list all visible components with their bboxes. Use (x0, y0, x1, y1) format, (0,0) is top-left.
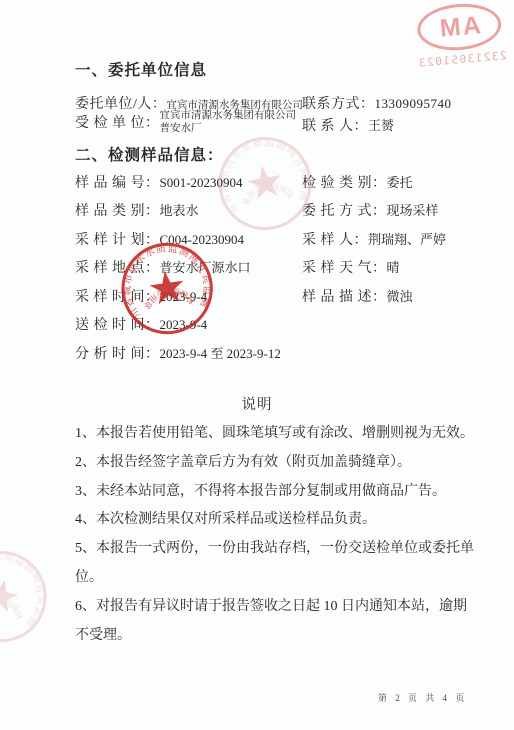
inspected-unit-value: 宜宾市清源水务集团有限公司 普安水厂 (160, 109, 297, 135)
sampling-time-value: 2023-9-4 (160, 289, 208, 304)
sampler-label: 采 样 人： (302, 233, 368, 248)
note-item: 4、本次检测结果仅对所采样品或送检样品负责。 (75, 506, 479, 535)
mirrored-bleed-stamp: AM 23213051023 (407, 0, 512, 70)
sampler-value: 荆瑞翔、严婷 (368, 232, 446, 247)
notes-heading: 说明 (0, 393, 514, 414)
sample-row: 分 析 时 间：2023-9-4 至 2023-9-12 (75, 343, 281, 363)
sample-row: 采 样 地 点：普安水厂源水口 (75, 257, 251, 277)
sampling-plan-value: C004-20230904 (160, 232, 245, 247)
sample-row: 检 验 类 别：委托 (302, 172, 413, 192)
sample-id-value: S001-20230904 (160, 175, 243, 190)
delivery-time-value: 2023-9-4 (160, 317, 208, 332)
section1-heading: 一、委托单位信息 (75, 58, 207, 80)
report-page: 一、委托单位信息 委托单位/人：宜宾市清源水务集团有限公司 联系方式：13309… (0, 0, 514, 730)
sample-row: 样 品 描 述：微浊 (302, 286, 413, 306)
note-item: 6、对报告有异议时请于报告签收之日起 10 日内通知本站，逾期不受理。 (75, 593, 479, 651)
sample-type-value: 地表水 (160, 203, 199, 218)
section2-heading: 二、检测样品信息： (75, 143, 224, 165)
note-item: 1、本报告若使用铅笔、圆珠笔填写或有涂改、增删则视为无效。 (75, 420, 479, 449)
sampling-plan-label: 采 样 计 划： (75, 233, 160, 248)
sample-row: 采 样 时 间：2023-9-4 (75, 286, 207, 306)
contact-method-label: 联系方式： (302, 97, 375, 112)
sample-row: 采 样 天 气：晴 (302, 257, 400, 277)
round-seal-faint-bottom: 四川省城市供水水质监测网宜宾监测站 检验检测专用章 (0, 539, 59, 659)
commission-mode-label: 委 托 方 式： (302, 204, 387, 219)
inspected-unit-line1: 宜宾市清源水务集团有限公司 (160, 109, 297, 122)
notes-list: 1、本报告若使用铅笔、圆珠笔填写或有涂改、增删则视为无效。 2、本报告经签字盖章… (75, 420, 479, 650)
contact-method-row: 联系方式：13309095740 (302, 93, 452, 113)
mirrored-stamp-digits: 23213051023 (412, 49, 513, 71)
sampling-site-label: 采 样 地 点： (75, 261, 160, 276)
svg-text:四川省城市供水水质监测网宜宾监测站: 四川省城市供水水质监测网宜宾监测站 (0, 541, 57, 633)
test-category-label: 检 验 类 别： (302, 176, 387, 191)
contact-person-row: 联 系 人：王赟 (302, 115, 394, 135)
contact-method-value: 13309095740 (375, 96, 452, 111)
sample-row: 样 品 编 号：S001-20230904 (75, 172, 243, 192)
sample-row: 样 品 类 别：地表水 (75, 200, 199, 220)
note-item: 5、本报告一式两份，一份由我站存档，一份交送检单位或委托单位。 (75, 535, 479, 593)
mirrored-stamp-letters: AM (415, 0, 503, 53)
svg-text:检验检测专用章: 检验检测专用章 (0, 589, 29, 623)
star-icon (245, 163, 284, 201)
commission-mode-value: 现场采样 (387, 203, 439, 218)
analysis-time-label: 分 析 时 间： (75, 347, 160, 362)
sample-row: 送 检 时 间：2023-9-4 (75, 314, 207, 334)
star-icon (0, 576, 21, 614)
sample-id-label: 样 品 编 号： (75, 176, 160, 191)
contact-person-value: 王赟 (368, 118, 394, 133)
svg-text:检验检测专用章: 检验检测专用章 (237, 177, 297, 210)
weather-label: 采 样 天 气： (302, 261, 387, 276)
sample-desc-label: 样 品 描 述： (302, 290, 387, 305)
test-category-value: 委托 (387, 175, 413, 190)
analysis-time-value: 2023-9-4 至 2023-9-12 (160, 346, 281, 361)
sample-row: 采 样 人：荆瑞翔、严婷 (302, 229, 446, 249)
sampling-site-value: 普安水厂源水口 (160, 260, 251, 275)
page-number: 第 2 页 共 4 页 (378, 691, 467, 704)
sample-row: 采 样 计 划：C004-20230904 (75, 229, 244, 249)
sampling-time-label: 采 样 时 间： (75, 290, 160, 305)
note-item: 2、本报告经签字盖章后方为有效（附页加盖骑缝章）。 (75, 449, 479, 478)
note-item: 3、未经本站同意，不得将本报告部分复制或用做商品广告。 (75, 478, 479, 507)
sample-desc-value: 微浊 (387, 289, 413, 304)
inspected-unit-label: 受 检 单 位： (75, 112, 160, 132)
weather-value: 晴 (387, 260, 400, 275)
delivery-time-label: 送 检 时 间： (75, 318, 160, 333)
sample-type-label: 样 品 类 别： (75, 204, 160, 219)
contact-person-label: 联 系 人： (302, 119, 368, 134)
inspected-unit-line2: 普安水厂 (160, 122, 297, 135)
sample-row: 委 托 方 式：现场采样 (302, 200, 439, 220)
inspected-unit-row: 受 检 单 位： 宜宾市清源水务集团有限公司 普安水厂 (75, 106, 296, 138)
